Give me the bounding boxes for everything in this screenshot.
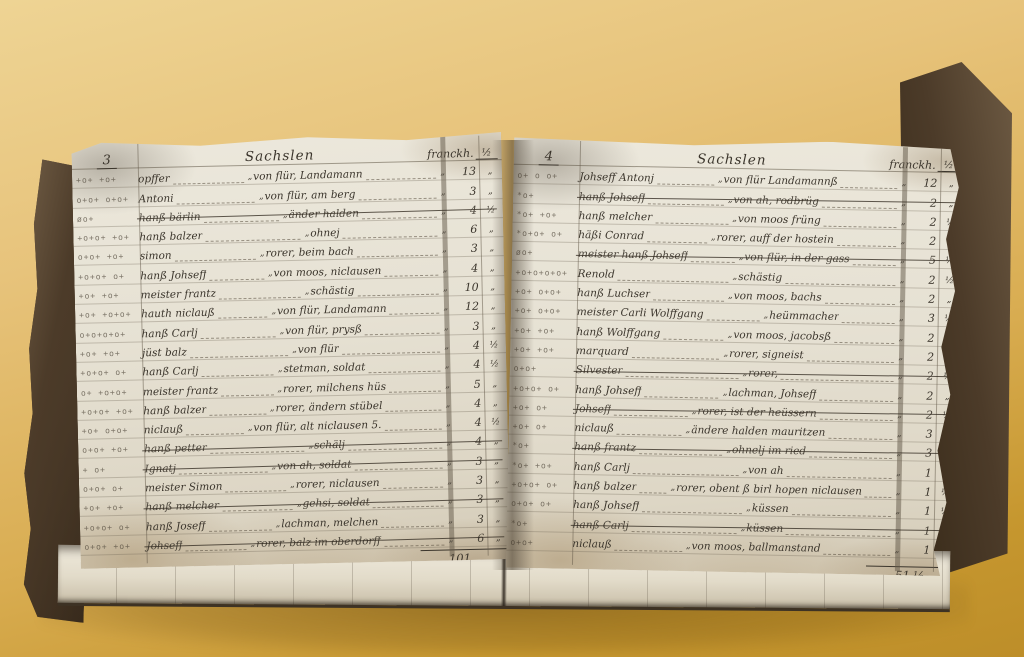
entry-description: rorer, (748, 368, 778, 381)
tally-marks: +o+o+ o+ (84, 521, 142, 534)
tally-marks: +o+o+ o+ (78, 270, 136, 283)
entry-amount: 3 (905, 313, 939, 326)
dotted-leader (225, 482, 286, 492)
entry-fraction: „ (486, 455, 506, 467)
entry-name: hanß balzer (139, 404, 207, 418)
tally-marks: +o+ o+o+ (515, 286, 573, 299)
entry-fraction: ½ (484, 358, 504, 370)
entry-name: Renold (573, 268, 615, 281)
dotted-leader (618, 272, 729, 283)
dotted-leader (691, 254, 735, 264)
entry-description: heümmacher (769, 310, 839, 323)
dotted-leader (373, 498, 444, 509)
entry-description: von moos, niclausen (273, 265, 381, 279)
tally-marks: o+o+ +o+ (84, 540, 142, 553)
entry-fraction: „ (481, 223, 501, 235)
dotted-leader (852, 257, 896, 267)
dotted-leader (614, 407, 688, 417)
dotted-leader (625, 368, 738, 379)
tally-marks: o+o+ (510, 537, 568, 550)
dotted-leader (210, 405, 266, 415)
tally-marks: *o+ (512, 440, 570, 453)
entry-fraction: „ (482, 243, 502, 255)
entry-name: hanß melcher (575, 210, 653, 223)
dotted-leader (842, 314, 895, 324)
dotted-leader (365, 324, 440, 335)
dotted-leader (632, 349, 720, 360)
entry-description: von ah, rodbrüg (733, 194, 819, 208)
entry-description: rorer, auff der hostein (716, 232, 833, 246)
entry-name: simon (136, 250, 172, 263)
ledger-rows-left: +o+ +o+opffer„von flür, Landamann„13„o+o… (72, 160, 511, 556)
dotted-leader (834, 334, 895, 344)
entry-fraction: „ (485, 378, 505, 390)
dotted-leader (653, 291, 724, 301)
entry-amount: 1 (902, 467, 936, 480)
dotted-leader (368, 363, 440, 374)
entry-name: niclauß (568, 538, 612, 551)
entry-description: von moos früng (738, 213, 821, 227)
tally-marks: +o+o+ +o+ (81, 405, 139, 418)
entry-description: küssen (752, 503, 789, 516)
dotted-leader (823, 546, 890, 556)
tally-marks: o+ +o+o+ (81, 386, 139, 399)
dotted-leader (807, 352, 895, 363)
entry-fraction: ½ (486, 416, 506, 428)
entry-name: jüst balz (138, 346, 187, 359)
tally-marks: +o+o+o+o+ (515, 267, 573, 280)
tally-marks: *o+ (511, 517, 569, 530)
ledger-page-left: 3 Sachslen franckh. ½ +o+ +o+opffer„von … (71, 131, 511, 569)
entry-description: rorer, milchens hüs (283, 380, 386, 394)
entry-description: rorer, ändern stübel (275, 400, 382, 414)
entry-fraction: „ (488, 532, 508, 544)
entry-amount: 3 (454, 513, 488, 526)
tally-marks: +o+ +o+ (83, 502, 141, 515)
entry-description: schästig (310, 285, 354, 298)
dotted-leader (201, 367, 273, 378)
entry-amount: 4 (451, 397, 485, 410)
tally-marks: øo+ (516, 247, 574, 260)
entry-description: von flür, in der gass (744, 252, 849, 266)
tally-marks: o+o+ +o+ (82, 444, 140, 457)
tally-marks: *o+ (517, 189, 575, 202)
dotted-leader (389, 382, 441, 392)
tally-marks: +o+ +o+ (514, 324, 572, 337)
dotted-leader (785, 275, 896, 286)
dotted-leader (362, 209, 437, 220)
tally-marks: o+o+ +o+ (78, 251, 136, 264)
entry-amount: 2 (906, 235, 940, 248)
entry-name: Silvester (572, 364, 623, 377)
entry-description: stetman, soldat (283, 362, 365, 376)
entry-name: marquard (572, 345, 629, 358)
dotted-leader (657, 176, 714, 186)
dotted-leader (786, 468, 892, 479)
dotted-leader (820, 410, 894, 420)
tally-marks: +o+ o+o+ (82, 425, 140, 438)
tally-marks: *o+ +o+ (517, 209, 575, 222)
tally-marks: o+o+ (514, 363, 572, 376)
tally-marks: *o+o+ o+ (516, 228, 574, 241)
entry-amount: 2 (904, 332, 938, 345)
dotted-leader (357, 286, 439, 297)
dotted-leader (206, 231, 301, 242)
entry-amount: 5 (906, 255, 940, 268)
entry-description: rorer, obent ß birl hopen niclausen (676, 482, 862, 498)
entry-description: rorer, niclausen (296, 477, 380, 491)
entry-amount: 1 (901, 486, 935, 499)
entry-fraction: „ (488, 513, 508, 525)
entry-amount: 2 (904, 351, 938, 364)
dotted-leader (640, 484, 667, 494)
dotted-leader (176, 193, 255, 204)
dotted-leader (615, 542, 682, 552)
entry-amount: 2 (905, 274, 939, 287)
entry-amount: 10 (449, 282, 483, 295)
dotted-leader (825, 295, 896, 305)
dotted-leader (384, 421, 442, 431)
entry-amount: 4 (450, 359, 484, 372)
entry-description: änder halden (288, 207, 359, 221)
entry-amount: 3 (446, 185, 480, 198)
entry-amount: 12 (907, 178, 941, 191)
dotted-leader (222, 501, 293, 512)
entry-amount: 4 (450, 340, 484, 353)
dotted-leader (218, 309, 268, 319)
entry-fraction: „ (485, 397, 505, 409)
tally-marks: +o+ +o+ (76, 174, 134, 187)
entry-description: küssen (746, 522, 783, 535)
entry-fraction: „ (483, 281, 503, 293)
dotted-leader (209, 521, 272, 531)
dotted-leader (642, 504, 742, 515)
entry-name: hanß Luchser (573, 287, 650, 300)
tally-marks: +o+o+ o+ (511, 479, 569, 492)
tally-marks: o+o+o+o+ (79, 328, 137, 341)
dotted-leader (384, 266, 438, 276)
tally-marks: +o+ o+ (512, 421, 570, 434)
dotted-leader (383, 479, 444, 489)
entry-amount: 3 (902, 448, 936, 461)
entry-name: Johseff (142, 539, 183, 552)
tally-marks: +o+ +o+o+ (79, 309, 137, 322)
entry-name: häßi Conrad (574, 229, 644, 242)
entry-amount: 2 (903, 390, 937, 403)
dotted-leader (210, 443, 305, 454)
dotted-leader (645, 388, 719, 398)
tally-marks: +o+ +o+ (79, 290, 137, 303)
dotted-leader (824, 218, 897, 228)
entry-description: von flür (298, 343, 339, 356)
dotted-leader (348, 440, 443, 451)
entry-description: lachman, Johseff (728, 386, 816, 400)
entry-name: hanß melcher (141, 500, 219, 514)
entry-description: von flür, am berg (264, 188, 355, 202)
entry-amount: 4 (447, 205, 481, 218)
entry-description: von flür, prysß (285, 323, 362, 337)
entry-amount: 2 (907, 216, 941, 229)
entry-name: hanß Wolffgang (572, 326, 660, 340)
entry-name: Ignatj (141, 462, 177, 475)
entry-fraction: ½ (484, 339, 504, 351)
entry-description: von moos, jacobsß (733, 329, 831, 343)
dotted-leader (837, 237, 897, 247)
entry-description: von flür, Landamann (277, 303, 387, 317)
entry-description: gehsi, soldat (302, 497, 370, 511)
entry-name: meister frantz (137, 288, 217, 302)
entry-fraction: „ (483, 320, 503, 332)
entry-name: hanß Johseff (571, 383, 642, 396)
entry-description: rorer, ist der heüssern (697, 405, 816, 419)
entry-name: Johseff (571, 403, 612, 416)
entry-description: von ah (748, 464, 784, 477)
entry-fraction: „ (480, 185, 500, 197)
entry-amount: 6 (454, 533, 488, 546)
entry-amount: 3 (902, 428, 936, 441)
dotted-leader (186, 425, 244, 435)
entry-amount: 2 (903, 409, 937, 422)
dotted-leader (384, 537, 445, 547)
entry-description: rorer, balz im oberdorff (256, 535, 381, 550)
dotted-leader (357, 247, 438, 258)
dotted-leader (342, 344, 441, 355)
entry-description: lachman, melchen (281, 516, 378, 530)
entry-amount: 4 (448, 262, 482, 275)
dotted-leader (190, 347, 289, 358)
tally-marks: +o+ +o+ (514, 344, 572, 357)
dotted-leader (865, 489, 892, 499)
dotted-leader (781, 371, 894, 382)
dotted-leader (358, 189, 437, 200)
dotted-leader (389, 305, 439, 315)
entry-amount: 2 (905, 293, 939, 306)
dotted-leader (210, 270, 264, 280)
page-number: 4 (518, 149, 580, 165)
entry-name: Antoni (134, 192, 173, 205)
entry-amount: 3 (453, 494, 487, 507)
entry-amount: 13 (446, 166, 480, 179)
entry-amount: 3 (448, 243, 482, 256)
dotted-leader (221, 386, 273, 396)
tally-marks: +o+o+ o+ (80, 367, 138, 380)
entry-name: hanß Carlj (137, 327, 197, 340)
entry-description: ohnej (310, 227, 340, 240)
tally-marks: o+ o o+ (517, 170, 575, 183)
dotted-leader (639, 446, 723, 457)
entry-fraction: „ (487, 474, 507, 486)
tally-marks: øo+ (77, 212, 135, 225)
entry-name: hanß Johseff (136, 269, 207, 283)
dotted-leader (822, 198, 898, 208)
entry-description: von ah, soldat (277, 458, 352, 472)
dotted-leader (820, 391, 894, 401)
entry-amount: 6 (447, 224, 481, 237)
entry-amount: 4 (452, 417, 486, 430)
dotted-leader (186, 541, 247, 551)
photo-scene: 3 Sachslen franckh. ½ +o+ +o+opffer„von … (0, 0, 1024, 657)
dotted-leader (648, 195, 724, 205)
entry-name: hanß Johseff (575, 190, 646, 203)
tally-marks: o+o+ o+ (511, 498, 569, 511)
entry-amount: 3 (449, 320, 483, 333)
page-number: 3 (75, 152, 137, 168)
entry-fraction: „ (486, 436, 506, 448)
entry-fraction: ½ (481, 204, 501, 216)
entry-name: meister hanß Johseff (574, 248, 688, 262)
entry-name: hanß frantz (570, 441, 636, 454)
dotted-leader (633, 465, 739, 476)
tally-marks: +o+ o+ (513, 402, 571, 415)
dotted-leader (809, 449, 893, 460)
dotted-leader (219, 289, 301, 300)
entry-fraction: „ (482, 262, 502, 274)
entry-fraction: „ (480, 166, 500, 178)
dotted-leader (343, 228, 438, 239)
tally-marks: o+o+ o+ (83, 482, 141, 495)
entry-description: von moos, bachs (734, 290, 822, 304)
dotted-leader (663, 330, 724, 340)
entry-amount: 12 (449, 301, 483, 314)
entry-amount: 1 (901, 525, 935, 538)
tally-marks: +o+ o+o+ (515, 305, 573, 318)
dotted-leader (179, 463, 268, 474)
entry-description: von flür Landamannß (723, 174, 837, 188)
entry-description: ohnelj im ried (732, 444, 806, 457)
entry-fraction: „ (483, 301, 503, 313)
tally-marks: *o+ +o+ (512, 459, 570, 472)
entry-description: von flür, Landamann (253, 169, 363, 183)
entry-name: niclauß (140, 424, 184, 437)
entry-name: hanß Carlj (138, 365, 198, 378)
tally-marks: o+o+ o+o+ (76, 193, 134, 206)
entry-name: hanß balzer (135, 230, 203, 244)
dotted-leader (828, 430, 893, 440)
entry-amount: 2 (907, 197, 941, 210)
entry-amount: 3 (453, 475, 487, 488)
dotted-leader (175, 251, 256, 262)
dotted-leader (617, 426, 682, 436)
dotted-leader (706, 312, 759, 322)
entry-name: hanß bärlin (135, 211, 201, 224)
entry-description: schälj (314, 439, 345, 452)
entry-name: hanß Carlj (569, 518, 629, 531)
entry-name: hanß Carlj (570, 461, 630, 474)
entry-name: hanß Johseff (569, 499, 640, 512)
dotted-leader (841, 179, 898, 189)
entry-description: ändere halden mauritzen (691, 424, 825, 439)
entry-name: hanß balzer (569, 480, 636, 493)
entry-description: rorer, beim bach (265, 246, 354, 260)
entry-name: meister frantz (139, 384, 219, 398)
dotted-leader (385, 401, 441, 411)
entry-description: von flür, alt niclausen 5. (253, 419, 381, 434)
entry-name: opffer (134, 173, 170, 186)
dotted-leader (204, 212, 279, 223)
entry-amount: 5 (451, 378, 485, 391)
entry-amount: 1 (901, 506, 935, 519)
entry-name: hauth niclauß (137, 307, 215, 321)
dotted-leader (366, 170, 437, 181)
dotted-leader (792, 506, 892, 517)
dotted-leader (632, 523, 737, 534)
entry-name: hanß petter (140, 442, 207, 456)
entry-name: meister Simon (141, 481, 223, 495)
entry-name: meister Carli Wolffgang (573, 306, 704, 321)
dotted-leader (655, 214, 728, 224)
entry-name: hanß Joseff (142, 520, 206, 533)
entry-description: rorer, signeist (729, 348, 804, 361)
ledger-page-right: 4 Sachslen franckh. ½ o+ o o+Johseff Ant… (506, 136, 964, 577)
dotted-leader (647, 233, 707, 243)
dotted-leader (354, 459, 443, 470)
dotted-leader (786, 526, 891, 537)
entry-amount: 3 (452, 455, 486, 468)
entry-name: Johseff Antonj (575, 171, 654, 185)
tally-marks: +o+ +o+ (80, 347, 138, 360)
tally-marks: +o+o+ +o+ (77, 232, 135, 245)
entry-name: niclauß (570, 422, 614, 435)
entry-amount: 2 (904, 371, 938, 384)
tally-marks: +o+o+ o+ (513, 382, 571, 395)
entry-amount: 1 (900, 544, 934, 557)
amount-column-header: franckh. (884, 158, 936, 172)
dotted-leader (381, 517, 444, 527)
dotted-leader (201, 328, 276, 339)
ledger-rows-right: o+ o o+Johseff Antonj„von flür Landamann… (506, 165, 963, 560)
entry-description: von moos, ballmanstand (691, 540, 820, 554)
dotted-leader (173, 174, 244, 185)
entry-description: schästig (738, 271, 782, 284)
entry-amount: 4 (452, 436, 486, 449)
tally-marks: + o+ (83, 463, 141, 476)
amount-column-header: franckh. (421, 147, 473, 161)
entry-fraction: „ (487, 493, 507, 505)
